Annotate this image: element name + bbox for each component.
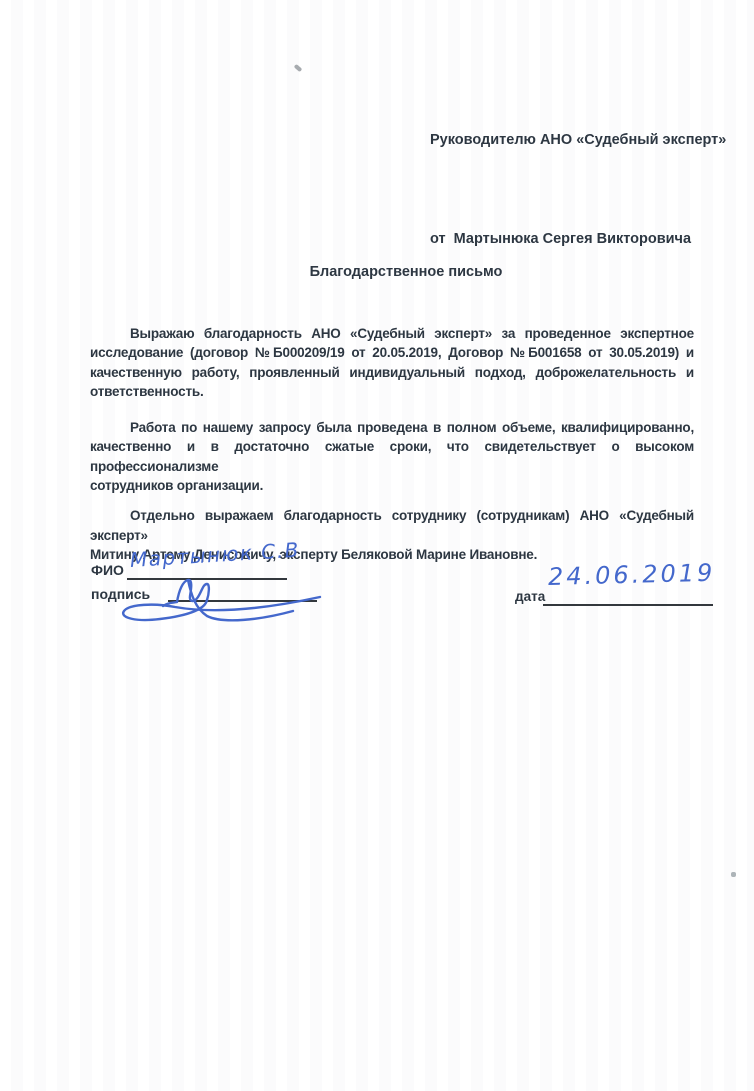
paragraph-line: Выражаю благодарность АНО «Судебный эксп…	[90, 324, 694, 343]
paragraph: Работа по нашему запросу была проведена …	[90, 418, 694, 495]
paragraph-line: Отдельно выражаем благодарность сотрудни…	[90, 506, 694, 545]
scan-speck	[294, 64, 303, 72]
paragraph-line: качественную работу, проявленный индивид…	[90, 363, 694, 382]
recipient-line: Руководителю АНО «Судебный эксперт»	[430, 124, 730, 157]
scanned-letter-page: Руководителю АНО «Судебный эксперт» от М…	[0, 0, 754, 1091]
sender-line: от Мартынюка Сергея Викторовича	[430, 223, 730, 256]
paragraph-line: ответственность.	[90, 382, 694, 401]
date-label: дата	[515, 589, 545, 604]
paragraph-line: качественно и в достаточно сжатые сроки,…	[90, 437, 694, 476]
paragraph-line: сотрудников организации.	[90, 476, 694, 495]
paragraph-line: Работа по нашему запросу была проведена …	[90, 418, 694, 437]
signature-scribble	[115, 572, 330, 632]
scan-speck	[731, 872, 736, 877]
paragraph-line: исследование (договор №Б000209/19 от 20.…	[90, 343, 694, 362]
date-underline	[543, 604, 713, 606]
handwritten-date: 24.06.2019	[548, 559, 716, 591]
recipient-block: Руководителю АНО «Судебный эксперт» от М…	[430, 58, 730, 322]
paragraph: Выражаю благодарность АНО «Судебный эксп…	[90, 324, 694, 401]
letter-body: Выражаю благодарность АНО «Судебный эксп…	[90, 324, 694, 564]
letter-title: Благодарственное письмо	[90, 264, 694, 280]
